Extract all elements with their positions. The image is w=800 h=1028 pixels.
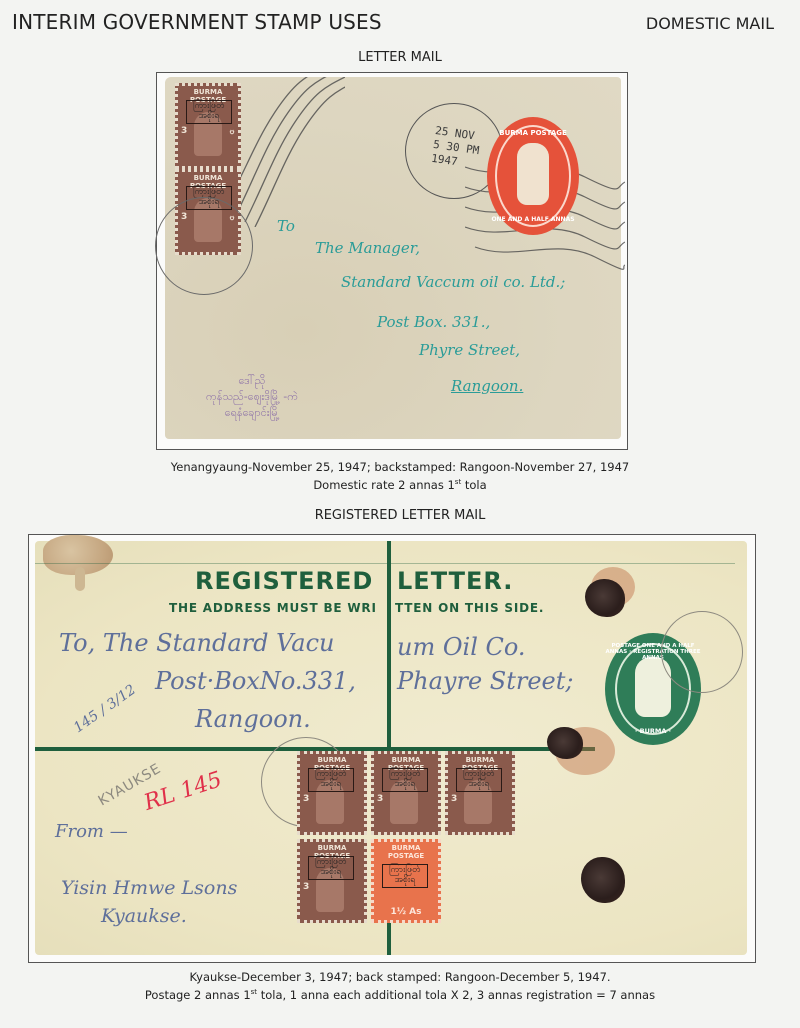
stamp-3ps: BURMA POSTAGEကြားဖြတ် အစိုးရ3 bbox=[445, 751, 515, 835]
address-line: Rangoon. bbox=[451, 377, 523, 395]
interim-govt-overprint: ကြားဖြတ် အစိုးရ bbox=[308, 856, 354, 880]
registration-cross-vertical bbox=[387, 541, 391, 749]
stamp-3ps: BURMA POSTAGEကြားဖြတ် အစိုးရ3 bbox=[297, 751, 367, 835]
address-line: Rangoon. bbox=[195, 705, 311, 733]
stamp-3ps: BURMA POSTAGEကြားဖြတ် အစိုးရ3 bbox=[297, 839, 367, 923]
stamp-3ps: BURMA POSTAGEကြားဖြတ် အစိုးရ3 bbox=[371, 751, 441, 835]
sender-line: Kyaukse. bbox=[101, 905, 187, 927]
section-title-letter-mail: LETTER MAIL bbox=[0, 50, 800, 65]
section-title-registered-mail: REGISTERED LETTER MAIL bbox=[0, 508, 800, 523]
kyaukse-postmark-circle bbox=[661, 611, 743, 693]
page-title: INTERIM GOVERNMENT STAMP USES bbox=[12, 10, 382, 34]
address-line: To bbox=[277, 217, 295, 235]
address-instruction-left: THE ADDRESS MUST BE WRI bbox=[169, 601, 377, 615]
registered-cover-mount: REGISTERED LETTER. THE ADDRESS MUST BE W… bbox=[28, 534, 756, 963]
stamp-one-and-half-annas: BURMA POSTAGEကြားဖြတ် အစိုးရ1½ As bbox=[371, 839, 441, 923]
stamp-3ps-top: BURMA POSTAGE ကြားဖြတ် အစိုးရ 3ၓ bbox=[175, 83, 241, 169]
sender-line: Yisin Hmwe Lsons bbox=[61, 877, 237, 899]
address-line: To, The Standard Vacu bbox=[59, 629, 334, 657]
address-line: Phyre Street, bbox=[419, 341, 520, 359]
address-instruction-right: TTEN ON THIS SIDE. bbox=[395, 601, 544, 615]
wax-seal-middle bbox=[547, 727, 583, 759]
registered-envelope: REGISTERED LETTER. THE ADDRESS MUST BE W… bbox=[35, 541, 747, 955]
interim-govt-overprint: ကြားဖြတ် အစိုးရ bbox=[308, 768, 354, 792]
registered-mail-caption: Kyaukse-December 3, 1947; back stamped: … bbox=[0, 970, 800, 1003]
address-line: Post·BoxNo.331, bbox=[155, 667, 356, 695]
king-silhouette-icon bbox=[517, 143, 549, 205]
embossed-indicia-one-and-half-annas: BURMA POSTAGE ONE AND A HALF ANNAS bbox=[487, 117, 579, 235]
registered-heading-right: LETTER. bbox=[397, 567, 513, 595]
pencil-note: 145 / 3/12 bbox=[71, 682, 139, 736]
registered-heading-left: REGISTERED bbox=[195, 567, 373, 595]
wax-seal-top bbox=[585, 579, 625, 617]
interim-govt-overprint: ကြားဖြတ် အစိုးရ bbox=[382, 768, 428, 792]
letter-mail-cover-mount: BURMA POSTAGE ကြားဖြတ် အစိုးရ 3ၓ BURMA P… bbox=[156, 72, 628, 450]
postmark-date: 25 NOV 5 30 PM 1947 bbox=[430, 124, 482, 172]
machine-cancel-lines bbox=[225, 77, 345, 227]
interim-govt-overprint: ကြားဖြတ် အစိုးရ bbox=[186, 100, 232, 124]
from-label: From — bbox=[55, 821, 128, 842]
address-line: um Oil Co. bbox=[397, 633, 526, 661]
address-line: Standard Vaccum oil co. Ltd.; bbox=[341, 273, 565, 291]
letter-mail-caption: Yenangyaung-November 25, 1947; backstamp… bbox=[0, 460, 800, 493]
address-line: The Manager, bbox=[315, 239, 420, 257]
address-line: Post Box. 331., bbox=[377, 313, 490, 331]
postmark-circle-left bbox=[155, 197, 253, 295]
interim-govt-overprint: ကြားဖြတ် အစိုးရ bbox=[456, 768, 502, 792]
letter-mail-envelope: BURMA POSTAGE ကြားဖြတ် အစိုးရ 3ၓ BURMA P… bbox=[165, 77, 621, 439]
sender-cachet: ဒေါ်ညို ကုန်သည်-ဈေးဒိုမြို့ -ကဲ ရေနံချော… bbox=[177, 373, 327, 421]
address-line: Phayre Street; bbox=[397, 667, 573, 695]
page-category: DOMESTIC MAIL bbox=[646, 14, 774, 33]
interim-govt-overprint: ကြားဖြတ် အစိုးရ bbox=[382, 864, 428, 888]
wax-seal-bottom bbox=[581, 857, 625, 903]
